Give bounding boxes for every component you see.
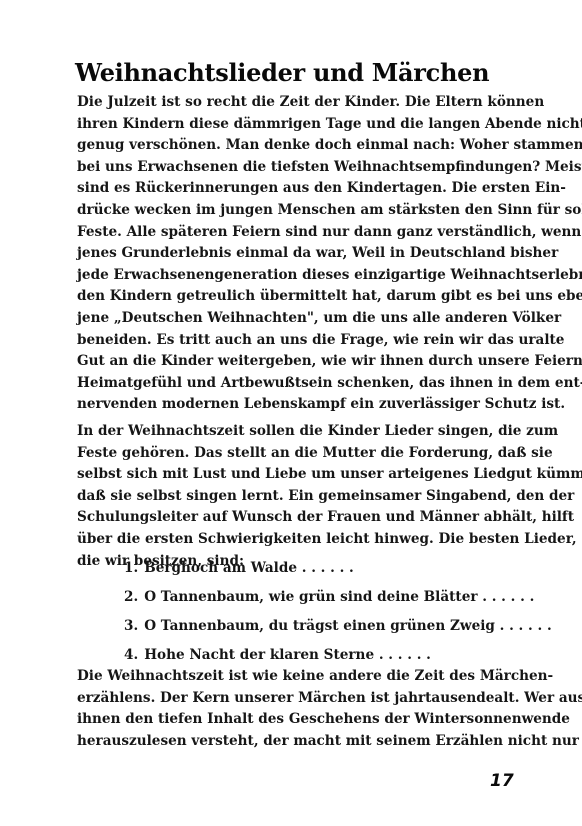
text-line: jede Erwachsenengeneration dieses einzig… (77, 265, 511, 287)
text-line: den Kindern getreulich übermittelt hat, … (77, 286, 511, 308)
book-page: Weihnachtslieder und Märchen Die Julzeit… (0, 0, 582, 826)
text-line: selbst sich mit Lust und Liebe um unser … (77, 464, 511, 486)
dot-leader: . . . . . . (302, 560, 354, 576)
song-title: O Tannenbaum, wie grün sind deine Blätte… (144, 589, 477, 605)
song-number: 1. (124, 554, 138, 583)
dot-leader: . . . . . . (379, 647, 431, 663)
text-line: genug verschönen. Man denke doch einmal … (77, 135, 511, 157)
song-number: 2. (124, 583, 138, 612)
text-line: daß sie selbst singen lernt. Ein gemeins… (77, 486, 511, 508)
song-number: 3. (124, 612, 138, 641)
text-line: jene „Deutschen Weihnachten", um die uns… (77, 308, 511, 330)
text-line: sind es Rückerinnerungen aus den Kindert… (77, 178, 511, 200)
text-line: bei uns Erwachsenen die tiefsten Weihnac… (77, 157, 511, 179)
paragraph-songs-intro: In der Weihnachtszeit sollen die Kinder … (77, 421, 511, 572)
text-line: In der Weihnachtszeit sollen die Kinder … (77, 421, 511, 443)
page-number: 17 (490, 771, 514, 791)
text-line: Schulungsleiter auf Wunsch der Frauen un… (77, 507, 511, 529)
text-line: Die Julzeit ist so recht die Zeit der Ki… (77, 92, 511, 114)
text-line: drücke wecken im jungen Menschen am stär… (77, 200, 511, 222)
text-line: herauszulesen versteht, der macht mit se… (77, 731, 511, 753)
text-line: Feste gehören. Das stellt an die Mutter … (77, 443, 511, 465)
text-line: nervenden modernen Lebenskampf ein zuver… (77, 394, 511, 416)
text-line: Heimatgefühl und Artbewußtsein schenken,… (77, 373, 511, 395)
song-list-item: 2.O Tannenbaum, wie grün sind deine Blät… (124, 583, 514, 612)
text-line: Gut an die Kinder weitergeben, wie wir i… (77, 351, 511, 373)
song-title: O Tannenbaum, du trägst einen grünen Zwe… (144, 618, 495, 634)
text-line: jenes Grunderlebnis einmal da war, Weil … (77, 243, 511, 265)
text-line: erzählens. Der Kern unserer Märchen ist … (77, 688, 511, 710)
text-line: ihnen den tiefen Inhalt des Geschehens d… (77, 709, 511, 731)
dot-leader: . . . . . . (500, 618, 552, 634)
song-title: Berghoch am Walde (144, 560, 297, 576)
text-line: beneiden. Es tritt auch an uns die Frage… (77, 330, 511, 352)
song-list-item: 3.O Tannenbaum, du trägst einen grünen Z… (124, 612, 514, 641)
text-line: ihren Kindern diese dämmrigen Tage und d… (77, 114, 511, 136)
song-list: 1.Berghoch am Walde . . . . . . 2.O Tann… (124, 554, 514, 670)
text-line: Die Weihnachtszeit ist wie keine andere … (77, 666, 511, 688)
paragraph-intro: Die Julzeit ist so recht die Zeit der Ki… (77, 92, 511, 416)
song-title: Hohe Nacht der klaren Sterne (144, 647, 374, 663)
song-list-item: 1.Berghoch am Walde . . . . . . (124, 554, 514, 583)
text-line: Feste. Alle späteren Feiern sind nur dan… (77, 222, 511, 244)
paragraph-fairy-tales: Die Weihnachtszeit ist wie keine andere … (77, 666, 511, 752)
text-line: über die ersten Schwierigkeiten leicht h… (77, 529, 511, 551)
dot-leader: . . . . . . (482, 589, 534, 605)
chapter-title: Weihnachtslieder und Märchen (75, 58, 515, 88)
